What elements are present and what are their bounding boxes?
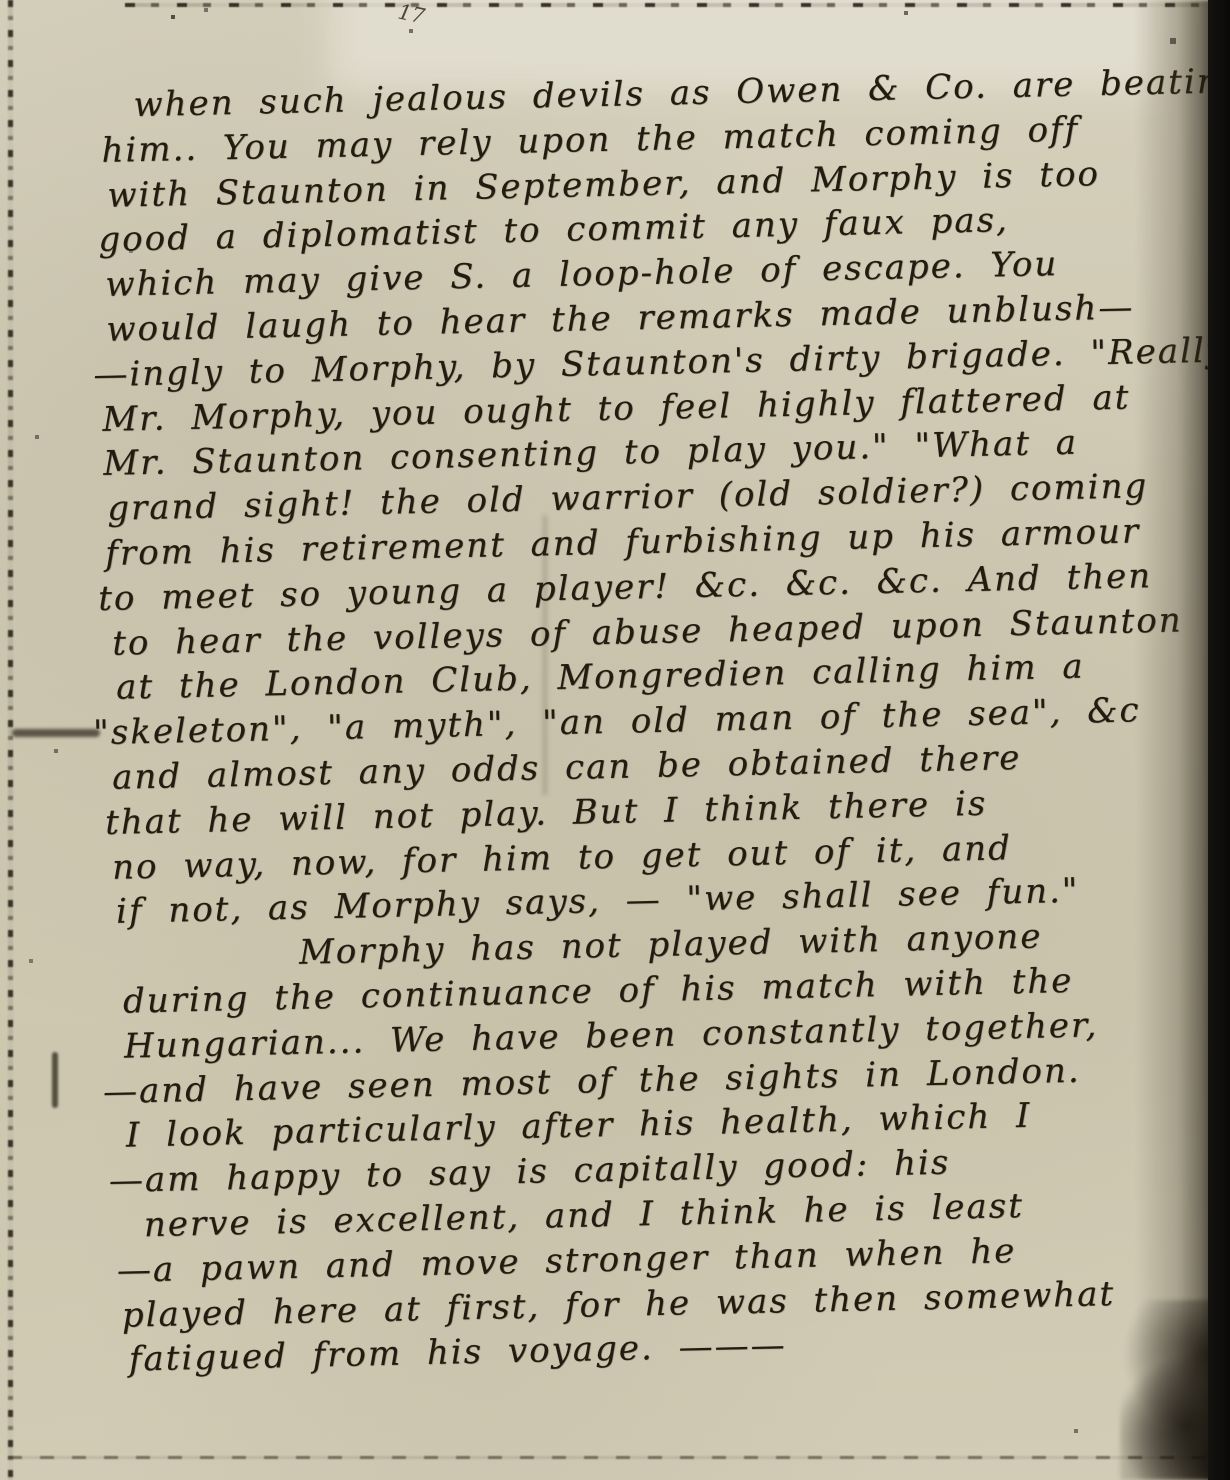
right-edge-smudge [1135, 0, 1213, 1480]
letter-body: when such jealous devils as Owen & Co. a… [95, 60, 1208, 1382]
scanned-letter-page: 17 when such jealous devils as Owen & Co… [0, 0, 1230, 1480]
bottom-fold-line [8, 1456, 1208, 1459]
paper-sheet: 17 when such jealous devils as Owen & Co… [0, 0, 1213, 1480]
left-fold-line [8, 0, 13, 1480]
left-margin-smudge [12, 729, 100, 737]
top-edge-line [125, 3, 1205, 7]
scanner-background-band [1208, 0, 1230, 1480]
paper-specks [0, 0, 2, 2]
left-stray-mark [52, 1052, 58, 1108]
